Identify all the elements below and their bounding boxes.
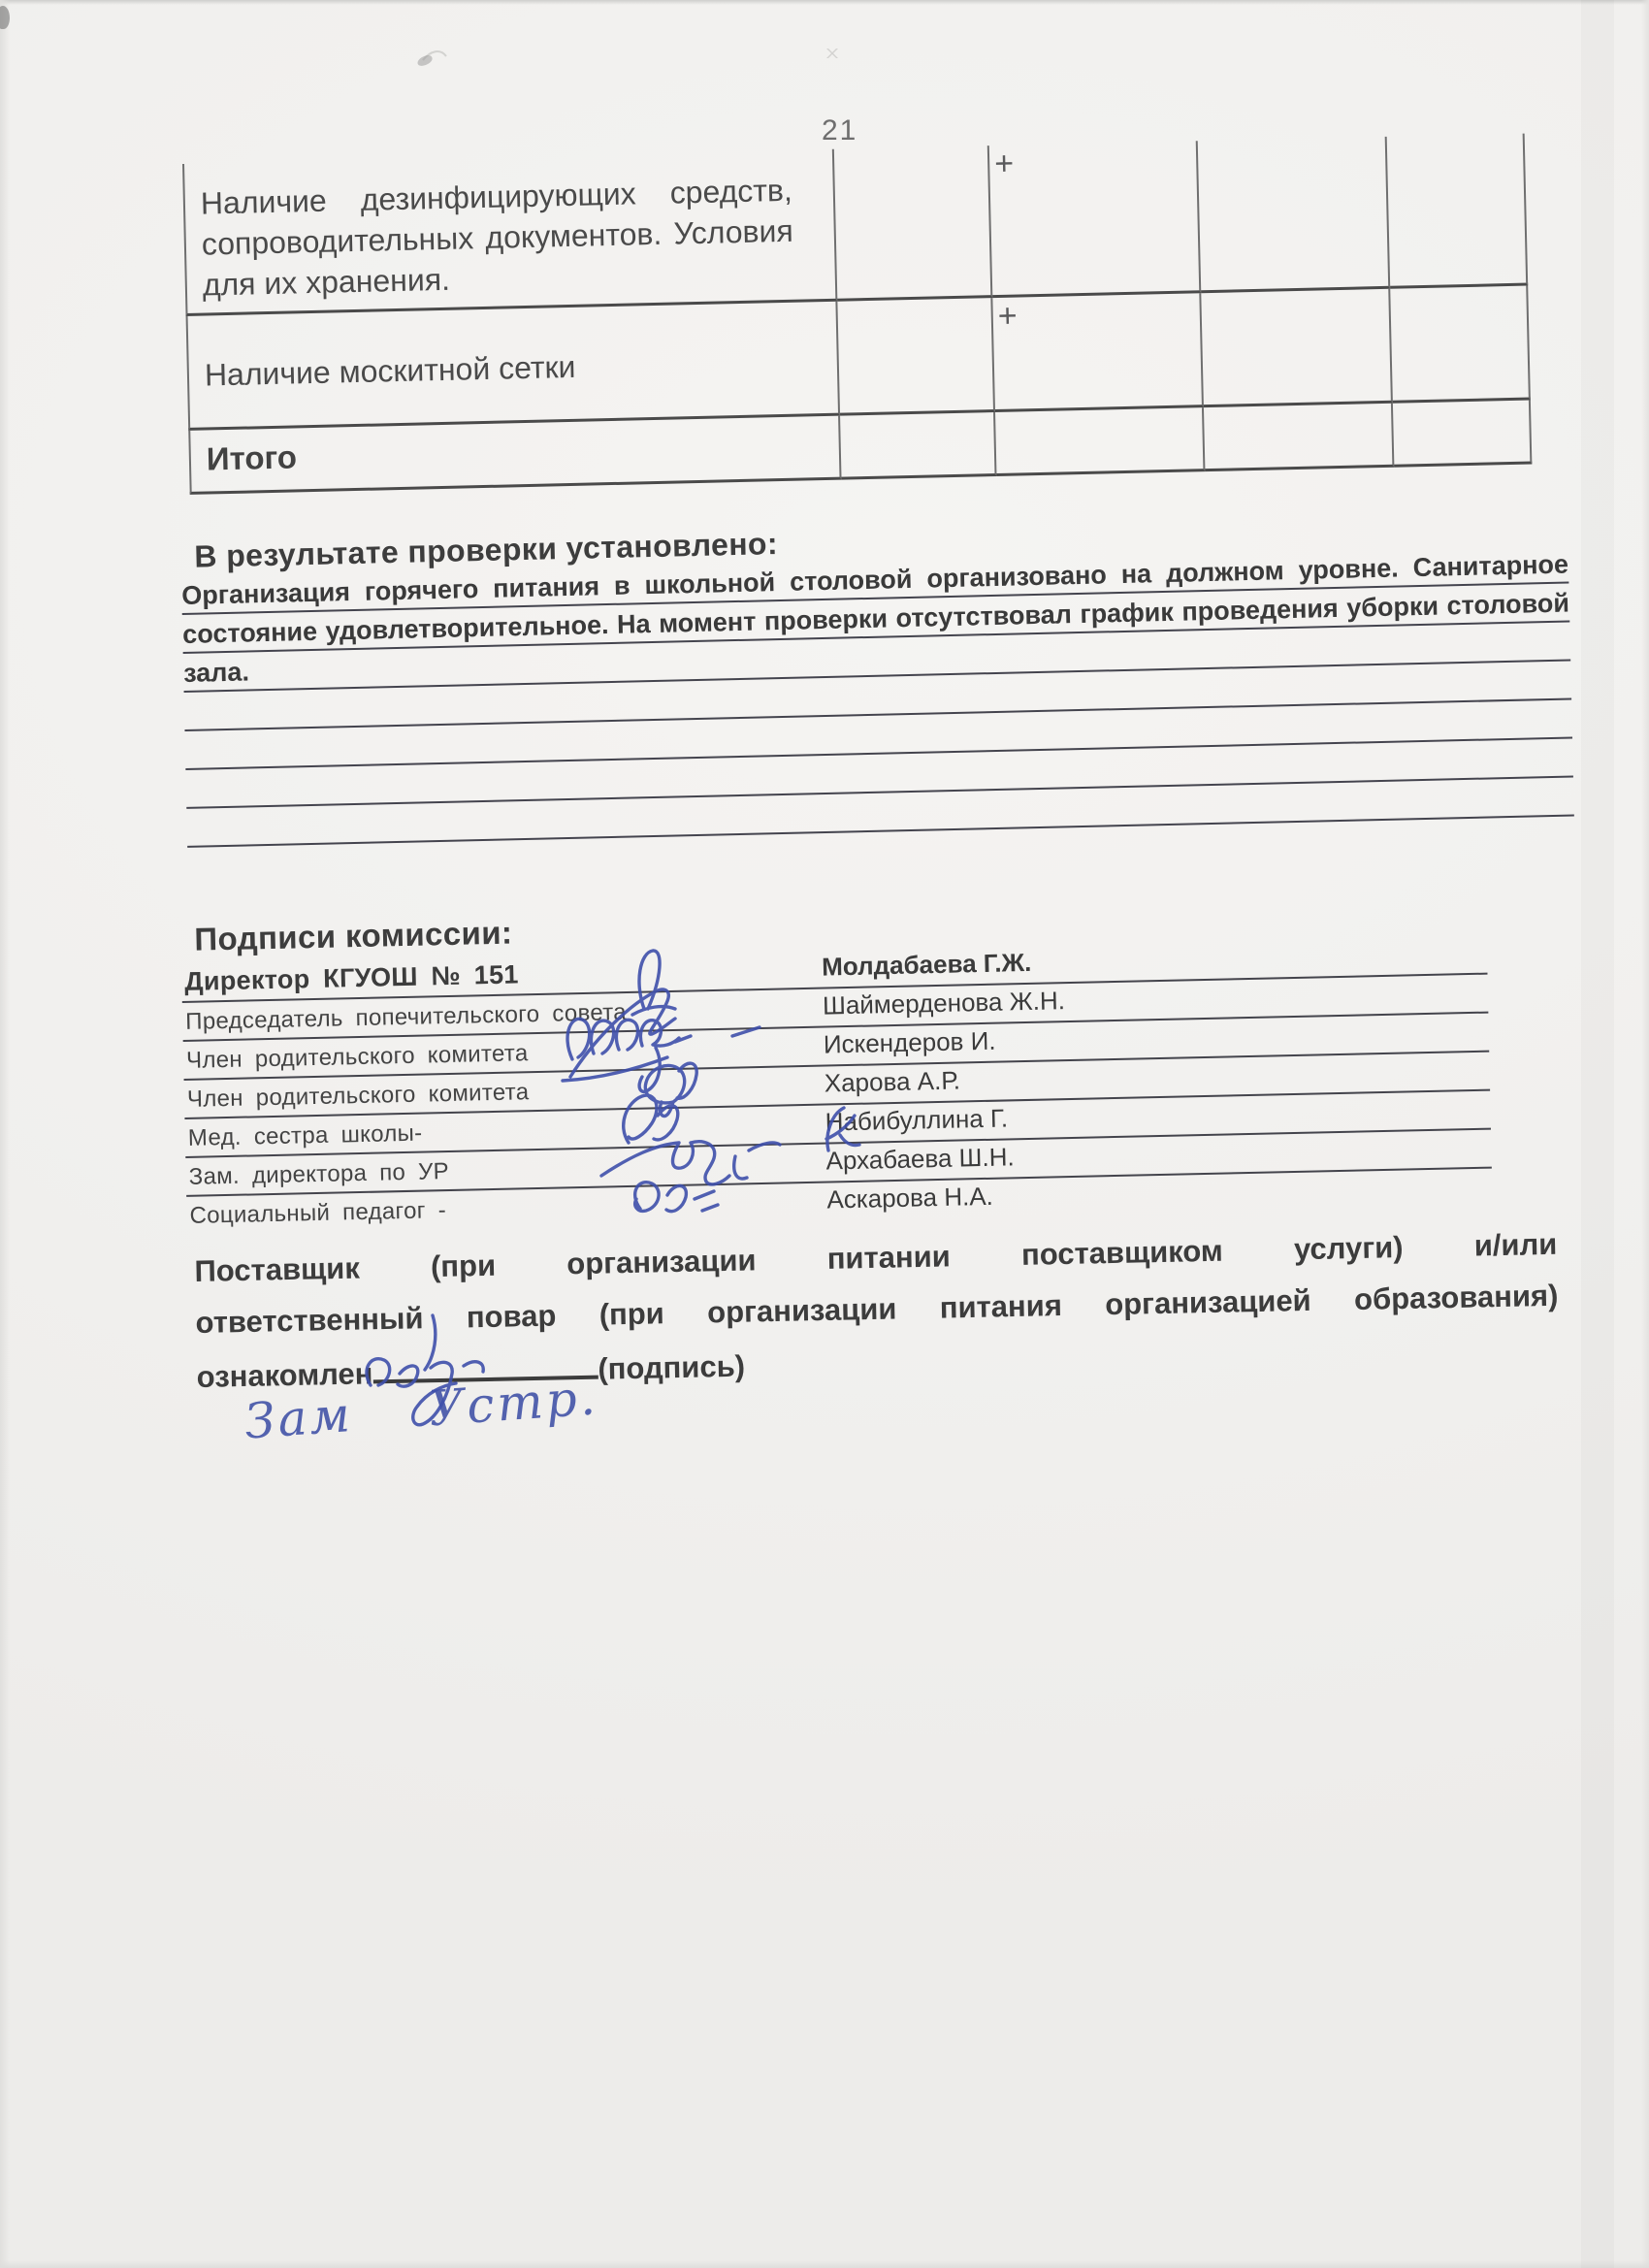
member-name: Шаймерденова Ж.Н. — [823, 986, 1066, 1021]
page-edge-right — [1641, 0, 1649, 2268]
table-cell — [1393, 401, 1532, 468]
table-cell — [1390, 286, 1531, 404]
table-row-label: Наличие москитной сетки — [186, 302, 841, 431]
table-cell-plus-mark: + — [989, 141, 1202, 298]
table-row-label: Наличие дезинфицирующих средств, сопрово… — [182, 149, 837, 316]
page-edge-left — [0, 0, 10, 2268]
table-cell — [837, 298, 995, 416]
scan-shading — [1581, 0, 1614, 2268]
table-cell — [1387, 134, 1529, 289]
table-cell — [995, 407, 1205, 476]
member-name: Харова А.Р. — [824, 1066, 960, 1099]
scan-dust-speck — [416, 54, 434, 68]
signature-caption: (подпись) — [598, 1349, 745, 1386]
table-row-label-total: Итого — [188, 416, 841, 495]
inspection-result-section: В результате проверки установлено: Орган… — [180, 508, 1574, 848]
member-role: Директор КГУОШ № 151 — [184, 959, 519, 997]
member-role: Мед. сестра школы- — [188, 1120, 423, 1152]
table-cell — [1201, 289, 1393, 407]
table-cell — [834, 146, 993, 302]
page-edge-top — [0, 0, 1649, 5]
scanned-page: 21 Наличие дезинфицирующих средств, сопр… — [0, 0, 1649, 2268]
table-cell — [1204, 404, 1394, 471]
member-role: Член родительского комитета — [186, 1040, 529, 1075]
supplier-acknowledgment-section: Поставщик (при организации питании поста… — [194, 1218, 1560, 1403]
member-role: Социальный педагог - — [189, 1197, 446, 1230]
table-cell — [1198, 137, 1391, 293]
member-name: Аскарова Н.А. — [826, 1182, 993, 1215]
member-role: Председатель попечительского совета — [185, 999, 627, 1036]
member-name: Архабаева Ш.Н. — [825, 1142, 1015, 1176]
member-name: Молдабаева Г.Ж. — [822, 948, 1032, 983]
table-cell — [840, 412, 996, 480]
commission-signatures-section: Подписи комиссии: Директор КГУОШ № 151 М… — [180, 893, 1493, 1234]
member-name: Искендеров И. — [824, 1026, 996, 1060]
inspection-table: Наличие дезинфицирующих средств, сопрово… — [182, 134, 1532, 495]
page-edge-bottom — [0, 2260, 1649, 2268]
page-number: 21 — [822, 114, 857, 147]
member-role: Член родительского комитета — [187, 1079, 530, 1114]
table-cell-plus-mark: + — [992, 293, 1204, 412]
scan-dust-speck — [826, 49, 838, 58]
member-role: Зам. директора по УР — [188, 1158, 449, 1191]
member-name: Набибуллина Г. — [824, 1103, 1008, 1137]
